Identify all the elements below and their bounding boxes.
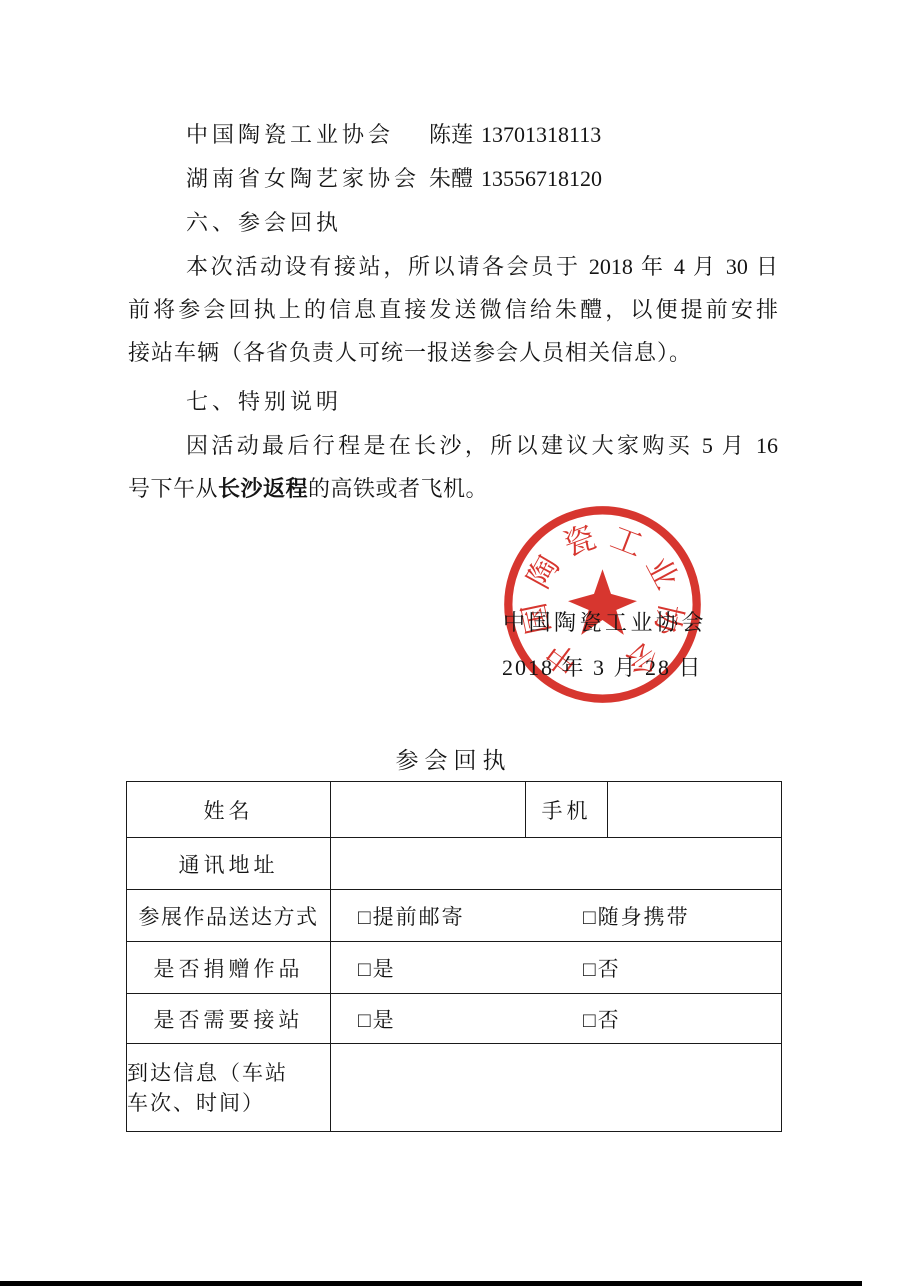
table-row-name-phone: 姓名 手机 — [127, 782, 782, 838]
table-row-delivery: 参展作品送达方式 □提前邮寄 □随身携带 — [127, 890, 782, 942]
contact-line-2: 湖南省女陶艺家协会朱醴13556718120 — [186, 164, 602, 194]
section6-line1: 本次活动设有接站，所以请各会员于 2018 年 4 月 30 日 — [186, 252, 778, 282]
contact-person: 朱醴 — [429, 166, 473, 191]
seal-char: 陶 — [521, 550, 567, 594]
checkbox-option-no: □否 — [583, 953, 621, 983]
section7-line2: 号下午从长沙返程的高铁或者飞机。 — [128, 474, 488, 504]
arrival-input-cell — [331, 1044, 782, 1132]
arrival-label: 到达信息（车站车次、时间） — [127, 1044, 331, 1132]
section6-line2: 前将参会回执上的信息直接发送微信给朱醴，以便提前安排 — [128, 295, 778, 325]
signature-date: 2018 年 3 月 28 日 — [502, 651, 703, 682]
section7-heading: 七、特别说明 — [186, 387, 342, 417]
bold-changsha-return: 长沙返程 — [218, 476, 308, 501]
pickup-label: 是否需要接站 — [127, 994, 331, 1044]
donate-label: 是否捐赠作品 — [127, 942, 331, 994]
seal-char: 工 — [606, 520, 648, 564]
section6-heading: 六、参会回执 — [186, 208, 342, 238]
delivery-label: 参展作品送达方式 — [127, 890, 331, 942]
address-label: 通讯地址 — [127, 838, 331, 890]
name-input-cell — [331, 782, 526, 838]
checkbox-option-carry: □随身携带 — [583, 901, 690, 931]
reply-form-table: 姓名 手机 通讯地址 参展作品送达方式 □提前邮寄 □随身携带 是否捐赠作品 □… — [126, 781, 782, 1132]
contact-org: 湖南省女陶艺家协会 — [186, 164, 429, 194]
checkbox-option-no: □否 — [583, 1004, 621, 1034]
seal-char: 瓷 — [559, 519, 600, 563]
contact-line-1: 中国陶瓷工业协会陈莲13701318113 — [186, 120, 601, 150]
delivery-options-cell: □提前邮寄 □随身携带 — [331, 890, 782, 942]
section7-line1: 因活动最后行程是在长沙，所以建议大家购买 5 月 16 — [186, 431, 778, 461]
document-page: 中国陶瓷工业协会陈莲13701318113 湖南省女陶艺家协会朱醴1355671… — [0, 0, 907, 1286]
contact-phone: 13556718120 — [481, 166, 602, 191]
name-label: 姓名 — [127, 782, 331, 838]
checkbox-option-yes: □是 — [358, 1004, 396, 1034]
donate-options-cell: □是 □否 — [331, 942, 782, 994]
seal-char: 业 — [639, 551, 684, 595]
section6-line3: 接站车辆（各省负责人可统一报送参会人员相关信息）。 — [128, 338, 692, 368]
table-row-donate: 是否捐赠作品 □是 □否 — [127, 942, 782, 994]
checkbox-option-yes: □是 — [358, 953, 396, 983]
address-input-cell — [331, 838, 782, 890]
checkbox-option-mail: □提前邮寄 — [358, 901, 465, 931]
table-row-pickup: 是否需要接站 □是 □否 — [127, 994, 782, 1044]
contact-phone: 13701318113 — [481, 122, 601, 147]
pickup-options-cell: □是 □否 — [331, 994, 782, 1044]
table-row-address: 通讯地址 — [127, 838, 782, 890]
signature-org: 中国陶瓷工业协会 — [503, 606, 707, 637]
table-row-arrival: 到达信息（车站车次、时间） — [127, 1044, 782, 1132]
contact-org: 中国陶瓷工业协会 — [186, 120, 429, 150]
contact-person: 陈莲 — [429, 122, 473, 147]
scan-edge-artifact — [0, 1281, 862, 1286]
mobile-input-cell — [608, 782, 782, 838]
mobile-label: 手机 — [526, 782, 608, 838]
form-title: 参会回执 — [126, 742, 781, 775]
